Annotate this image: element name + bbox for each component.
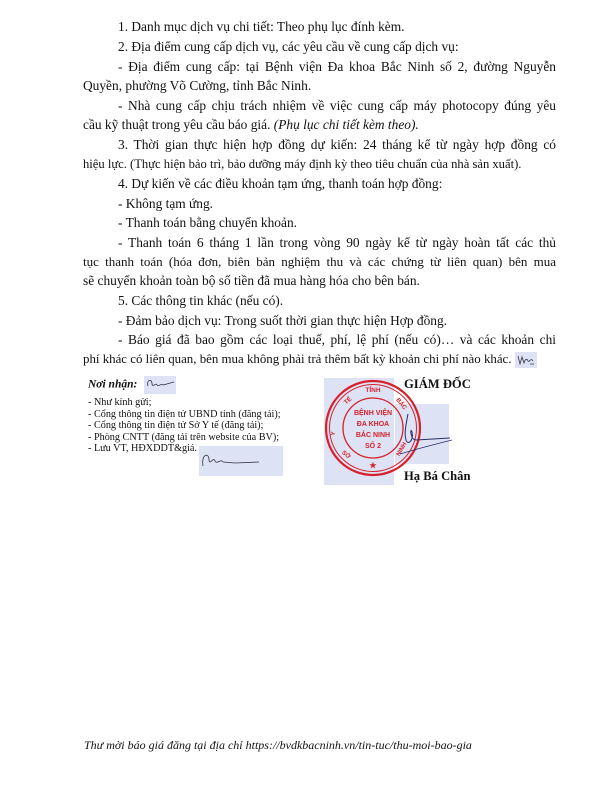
seal-top: TỈNH: [365, 385, 380, 394]
item-5: 5. Các thông tin khác (nếu có).: [118, 293, 558, 309]
item-2: 2. Địa điểm cung cấp dịch vụ, các yêu cầ…: [118, 39, 558, 55]
location-line-cont: Quyền, phường Võ Cường, tỉnh Bắc Ninh.: [83, 78, 553, 94]
quote-includes-cont: phí khác có liên quan, bên mua không phả…: [83, 351, 553, 368]
seal-inner-4: SỐ 2: [365, 440, 381, 450]
svg-text:★: ★: [369, 461, 377, 470]
initial-signature-icon: [515, 352, 537, 368]
no-advance: - Không tạm ứng.: [118, 196, 558, 212]
recipient-item: - Như kính gửi;: [88, 397, 281, 409]
seal-left-2: TẾ: [343, 396, 353, 406]
payment-schedule-cont2: sẽ chuyển khoản toàn bộ số tiền đã mua h…: [83, 273, 553, 289]
recipient-item: - Cổng thông tin điện tử UBND tỉnh (đăng…: [88, 409, 281, 421]
quote-includes-text: phí khác có liên quan, bên mua không phả…: [83, 352, 512, 366]
director-title: GIÁM ĐỐC: [404, 377, 471, 392]
location-line: - Địa điểm cung cấp: tại Bệnh viện Đa kh…: [118, 59, 556, 75]
director-signature-icon: [396, 410, 486, 466]
supplier-line: - Nhà cung cấp chịu trách nhiệm về việc …: [118, 98, 556, 114]
appendix-note: (Phụ lục chi tiết kèm theo).: [274, 117, 419, 132]
item-3: 3. Thời gian thực hiện hợp đồng dự kiến:…: [118, 137, 556, 153]
quote-includes: - Báo giá đã bao gồm các loại thuế, phí,…: [118, 332, 556, 348]
seal-inner-3: BẮC NINH: [356, 430, 390, 439]
seal-inner-2: ĐA KHOA: [357, 421, 389, 428]
recipients-title: Nơi nhận:: [88, 376, 281, 394]
seal-left-1: Y: [331, 431, 338, 436]
recipient-item: - Phòng CNTT (đăng tải trên website của …: [88, 432, 281, 444]
seal-inner-1: BỆNH VIỆN: [354, 408, 392, 417]
archive-signature-icon: [199, 446, 283, 476]
footer-note: Thư mời báo giá đăng tại địa chỉ https:/…: [84, 738, 472, 753]
payment-schedule: - Thanh toán 6 tháng 1 lần trong vòng 90…: [118, 235, 556, 251]
recipients-title-text: Nơi nhận:: [88, 379, 137, 391]
supplier-line-text: cầu kỹ thuật trong yêu cầu báo giá.: [83, 117, 270, 132]
item-1: 1. Danh mục dịch vụ chi tiết: Theo phụ l…: [118, 19, 558, 35]
service-guarantee: - Đảm bảo dịch vụ: Trong suốt thời gian …: [118, 313, 558, 329]
item-4: 4. Dự kiến về các điều khoản tạm ứng, th…: [118, 176, 558, 192]
supplier-line-cont: cầu kỹ thuật trong yêu cầu báo giá. (Phụ…: [83, 117, 553, 133]
recipient-item: - Cổng thông tin điện tử Sở Y tế (đăng t…: [88, 420, 281, 432]
recipient-initial-signature-icon: [144, 376, 176, 394]
recipients-block: Nơi nhận: - Như kính gửi; - Cổng thông t…: [88, 376, 281, 455]
director-name: Hạ Bá Chân: [404, 469, 471, 484]
payment-schedule-cont: tục thanh toán (hóa đơn, biên bản nghiệm…: [83, 254, 556, 270]
item-3-cont: hiệu lực. (Thực hiện bảo trì, bảo dưỡng …: [83, 156, 553, 172]
document-page: 1. Danh mục dịch vụ chi tiết: Theo phụ l…: [0, 0, 589, 799]
transfer-payment: - Thanh toán bằng chuyển khoản.: [118, 215, 558, 231]
